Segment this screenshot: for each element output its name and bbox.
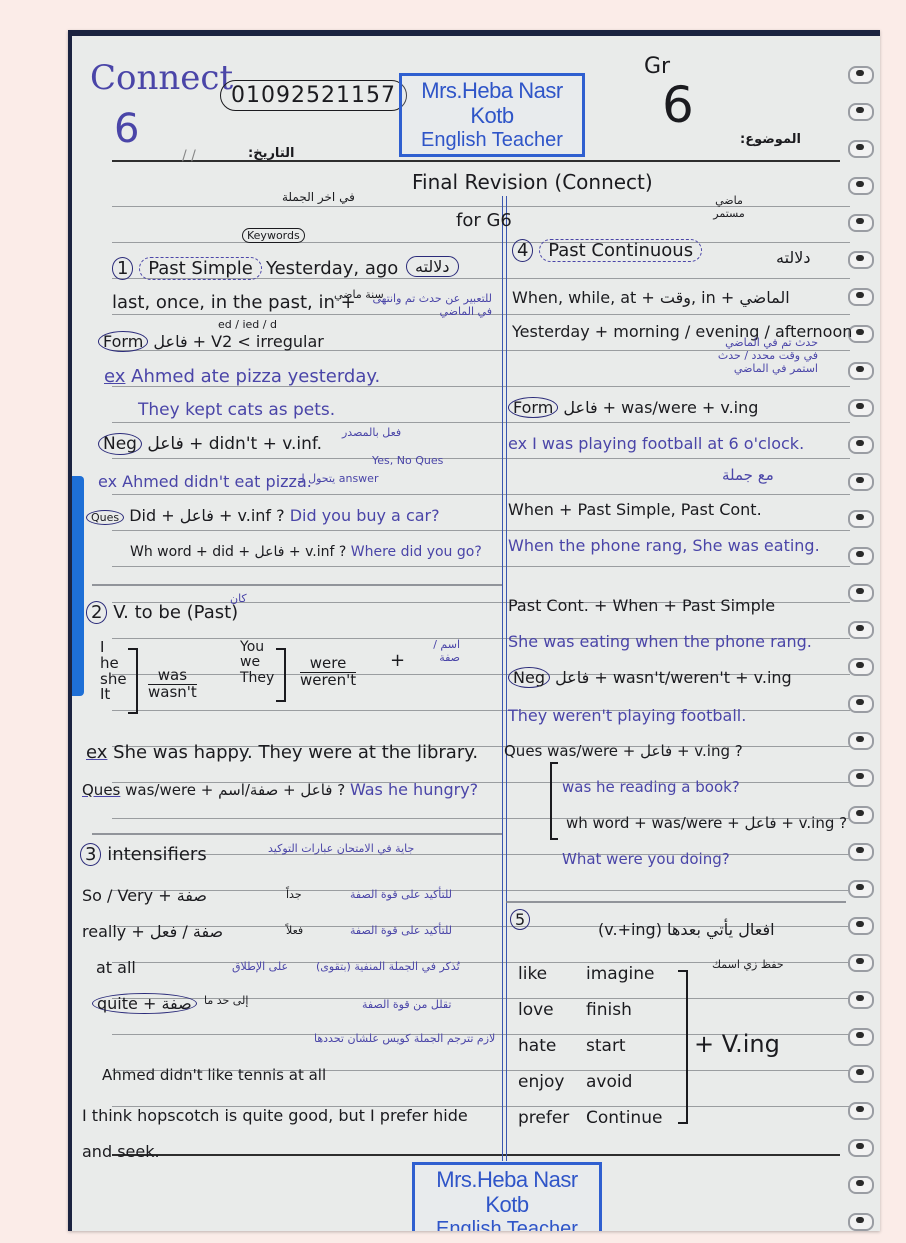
section4-heading: 4 Past Continuous (512, 240, 702, 261)
section1-meaning: للتعبير عن حدث تم وانتهى في الماضي (372, 292, 492, 318)
keywords-tag: Keywords (242, 228, 305, 243)
section3-example2: I think hopscotch is quite good, but I p… (82, 1098, 492, 1170)
section3-row-mid: إلى حد ما (204, 994, 248, 1007)
section1-endings: ed / ied / d (218, 318, 277, 331)
section4-when-formula: When + Past Simple, Past Cont. (508, 500, 762, 519)
section3-quite-note: لازم تترجم الجملة كويس علشان تحددها (314, 1032, 495, 1045)
teacher-stamp-bottom: Mrs.Heba Nasr Kotb English Teacher (412, 1162, 602, 1231)
phone-number: 01092521157 (220, 80, 407, 111)
section5-title: افعال يأتي بعدها (v.+ing) (598, 920, 775, 939)
section3-row-en: quite + صفة (92, 994, 197, 1013)
section3-row-en: at all (96, 958, 136, 977)
date-label: التاريخ: (248, 146, 294, 161)
section4-form: Form فاعل + was/were + v.ing (508, 398, 758, 417)
section4-neg-example: They weren't playing football. (508, 706, 746, 725)
section1-neg-note: فعل بالمصدر (342, 426, 401, 439)
section2-singular-subjects: I he she It (100, 640, 127, 703)
section3-row-right: تُذكر في الجملة المنفية (بتقوى) (316, 960, 460, 973)
end-of-sentence-note: في اخر الجملة (282, 190, 355, 204)
section3-row-mid: فعلاً (286, 924, 303, 937)
section2-singular-forms: waswasn't (148, 668, 197, 701)
section3-row-en: So / Very + صفة (82, 886, 207, 905)
section2-complement: اسم / صفة (410, 638, 460, 664)
section4-negative: Neg فاعل + wasn't/weren't + v.ing (508, 668, 792, 687)
section-separator (506, 901, 846, 903)
grade-number: 6 (662, 76, 694, 134)
section-separator (92, 584, 502, 586)
section1-question-1: Ques Did + فاعل + v.inf ? Did you buy a … (86, 506, 440, 525)
section1-keywords-2: last, once, in the past, in + (112, 292, 356, 313)
section3-row-right: للتأكيد على قوة الصفة (350, 924, 452, 937)
section4-title: Past Continuous (539, 239, 702, 262)
section2-plural-forms: wereweren't (300, 656, 356, 689)
section5-verbs-col1: like love hate enjoy prefer (518, 956, 569, 1136)
section2-plural-subjects: You we They (240, 640, 274, 686)
stamp-name: Mrs.Heba Nasr Kotb (415, 1167, 599, 1218)
column-divider (502, 196, 507, 1161)
section1-answer-note: يتحول لـ answer (298, 472, 378, 485)
section4-question-2: wh word + was/were + فاعل + v.ing ? (566, 814, 847, 832)
section4-meaning-label: دلالته (776, 248, 811, 267)
section2-example: ex She was happy. They were at the libra… (86, 742, 478, 763)
section4-question-1: Ques was/were + فاعل + v.ing ? (504, 742, 743, 760)
book-title: Connect (90, 58, 233, 98)
section4-example: ex I was playing football at 6 o'clock. (508, 434, 804, 453)
page-subtitle: for G6 (456, 210, 512, 231)
section1-yesno-note: Yes, No Ques (372, 454, 443, 467)
section1-title: Past Simple (139, 257, 262, 280)
section4-keywords-1: When, while, at + وقت, in + الماضي (512, 288, 790, 307)
section3-row-right: تقلل من قوة الصفة (362, 998, 451, 1011)
section3-row-right: للتأكيد على قوة الصفة (350, 888, 452, 901)
stamp-name: Mrs.Heba Nasr Kotb (402, 78, 582, 129)
section4-question-example-2: What were you doing? (562, 850, 730, 868)
section5-number: 5 (510, 910, 530, 929)
section3-row-mid: جداً (286, 888, 302, 901)
book-number: 6 (114, 106, 139, 152)
section4-when-example-2: She was eating when the phone rang. (508, 632, 812, 651)
section2-question: Ques was/were + فاعل + صفة/اسم ? Was he … (82, 780, 478, 799)
section3-row-mid: على الإطلاق (232, 960, 288, 973)
section1-heading: 1 Past Simple (112, 258, 262, 279)
blue-tab-marker (68, 476, 84, 696)
section1-neg-example: ex Ahmed didn't eat pizza. (98, 472, 312, 491)
page-title: Final Revision (Connect) (412, 170, 653, 194)
section5-result: + V.ing (694, 1030, 780, 1058)
section3-example1: Ahmed didn't like tennis at all (102, 1066, 326, 1084)
section3-title-note: جاية في الامتحان عبارات التوكيد (268, 842, 414, 855)
section4-meaning: حدث تم في الماضي في وقت محدد / حدث استمر… (708, 336, 818, 375)
section1-meaning-label: دلالته (406, 256, 459, 277)
section4-when-formula-2: Past Cont. + When + Past Simple (508, 596, 775, 615)
section3-heading: 3 intensifiers (80, 844, 207, 865)
section4-when-example: When the phone rang, She was eating. (508, 536, 820, 555)
section5-verbs-col2: imagine finish start avoid Continue (586, 956, 662, 1136)
section-separator (92, 833, 502, 835)
section1-form: Form فاعل + V2 < irregular (98, 332, 324, 351)
section2-title-note: كان (230, 592, 247, 605)
section5-memo-note: حفظ زي اسمك (712, 958, 784, 971)
spiral-binding (846, 66, 878, 1231)
subject-label: الموضوع: (740, 132, 801, 147)
section3-row-en: really + صفة / فعل (82, 922, 223, 941)
section1-example1: ex Ahmed ate pizza yesterday. (104, 366, 380, 387)
section1-example2: They kept cats as pets. (138, 400, 335, 420)
stamp-role: English Teacher (402, 129, 582, 152)
teacher-stamp-top: Mrs.Heba Nasr Kotb English Teacher (399, 73, 585, 157)
section4-side-note: ماضي مستمر (704, 194, 754, 220)
section1-question-2: Wh word + did + فاعل + v.inf ? Where did… (130, 544, 482, 560)
section4-example-ar: مع جملة (722, 466, 774, 484)
section2-heading: 2 V. to be (Past) (86, 602, 238, 623)
stamp-role: English Teacher (415, 1218, 599, 1231)
date-placeholder: / / (182, 148, 196, 164)
section4-question-example-1: was he reading a book? (562, 778, 740, 796)
section1-negative: Neg فاعل + didn't + v.inf. (98, 434, 322, 454)
notebook-page: Connect 6 01092521157 / / التاريخ: Mrs.H… (68, 30, 880, 1231)
section1-keywords-1: Yesterday, ago (266, 258, 398, 279)
